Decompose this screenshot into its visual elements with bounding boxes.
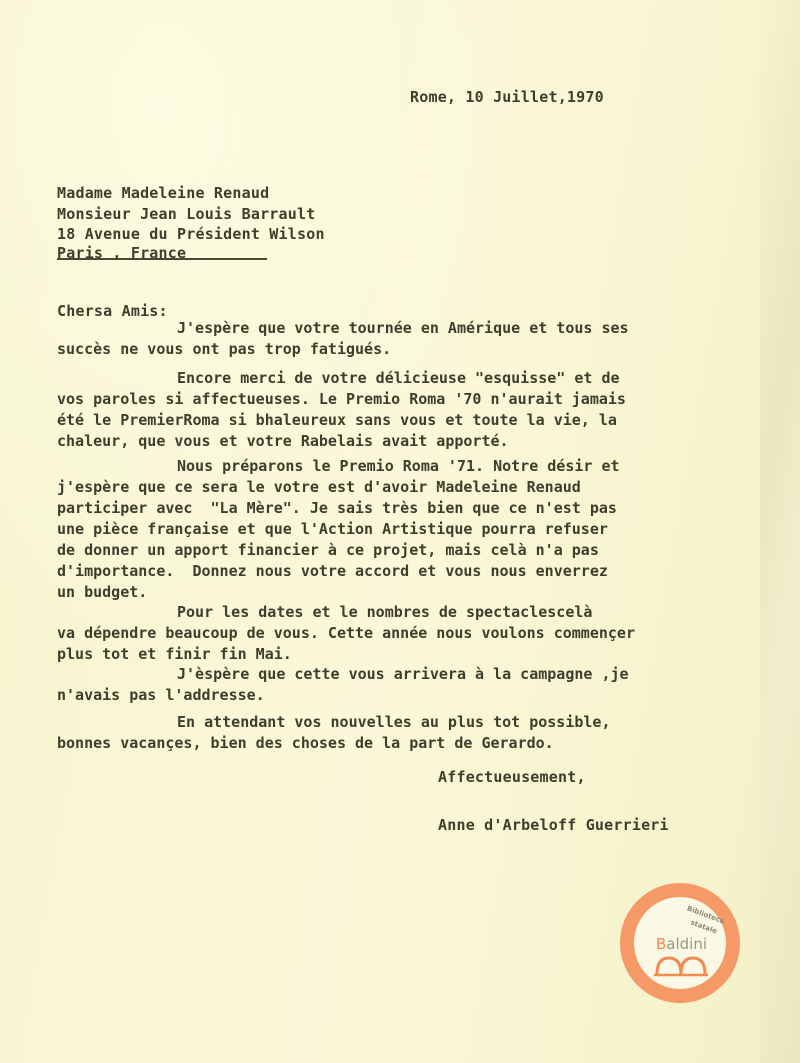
paragraph-line: participer avec "La Mère". Je sais très …: [57, 498, 697, 519]
stamp-brand-rest: aldini: [666, 935, 707, 953]
paragraph-line: Pour les dates et le nombres de spectacl…: [57, 602, 697, 623]
paragraph-line: j'espère que ce sera le votre est d'avoi…: [57, 477, 697, 498]
stamp-brand-initial: B: [656, 935, 666, 953]
paragraph-line: un budget.: [57, 582, 697, 603]
paragraph-line: Encore merci de votre délicieuse "esquis…: [57, 368, 697, 389]
paragraph-line: vos paroles si affectueuses. Le Premio R…: [57, 389, 697, 410]
recipient-line-2: Monsieur Jean Louis Barrault: [57, 207, 315, 222]
dateline: Rome, 10 Juillet,1970: [410, 90, 604, 105]
paragraph-line: succès ne vous ont pas trop fatigués.: [57, 339, 697, 360]
paragraph-line: J'èspère que cette vous arrivera à la ca…: [57, 664, 697, 685]
paragraph-1: J'espère que votre tournée en Amérique e…: [57, 318, 697, 360]
paragraph-5: J'èspère que cette vous arrivera à la ca…: [57, 664, 697, 706]
address-underline: [57, 258, 267, 260]
library-stamp: Biblioteca statale Baldini: [620, 883, 740, 1003]
paragraph-line: d'importance. Donnez nous votre accord e…: [57, 561, 697, 582]
letter-page: Rome, 10 Juillet,1970 Madame Madeleine R…: [0, 0, 800, 1063]
paragraph-line: plus tot et finir fin Mai.: [57, 644, 697, 665]
stamp-brand: Baldini: [656, 935, 707, 953]
signature: Anne d'Arbeloff Guerrieri: [438, 818, 669, 833]
closing: Affectueusement,: [438, 770, 586, 785]
paragraph-6: En attendant vos nouvelles au plus tot p…: [57, 712, 697, 754]
paragraph-line: Nous préparons le Premio Roma '71. Notre…: [57, 456, 697, 477]
paragraph-line: de donner un apport financier à ce proje…: [57, 540, 697, 561]
arches-icon: [654, 955, 708, 977]
recipient-line-3: 18 Avenue du Président Wilson: [57, 227, 325, 242]
page-fold-edge: [760, 0, 800, 1063]
salutation: Chersa Amis:: [57, 304, 168, 319]
paragraph-4: Pour les dates et le nombres de spectacl…: [57, 602, 697, 665]
paragraph-line: En attendant vos nouvelles au plus tot p…: [57, 712, 697, 733]
paragraph-line: J'espère que votre tournée en Amérique e…: [57, 318, 697, 339]
paragraph-2: Encore merci de votre délicieuse "esquis…: [57, 368, 697, 452]
paragraph-line: chaleur, que vous et votre Rabelais avai…: [57, 431, 697, 452]
paragraph-line: n'avais pas l'addresse.: [57, 685, 697, 706]
paragraph-line: une pièce française et que l'Action Arti…: [57, 519, 697, 540]
paragraph-line: bonnes vacançes, bien des choses de la p…: [57, 733, 697, 754]
paragraph-line: va dépendre beaucoup de vous. Cette anné…: [57, 623, 697, 644]
paragraph-3: Nous préparons le Premio Roma '71. Notre…: [57, 456, 697, 603]
stamp-inner-circle: Biblioteca statale Baldini: [634, 897, 726, 989]
paragraph-line: été le PremierRoma si bhaleureux sans vo…: [57, 410, 697, 431]
recipient-line-1: Madame Madeleine Renaud: [57, 186, 269, 201]
